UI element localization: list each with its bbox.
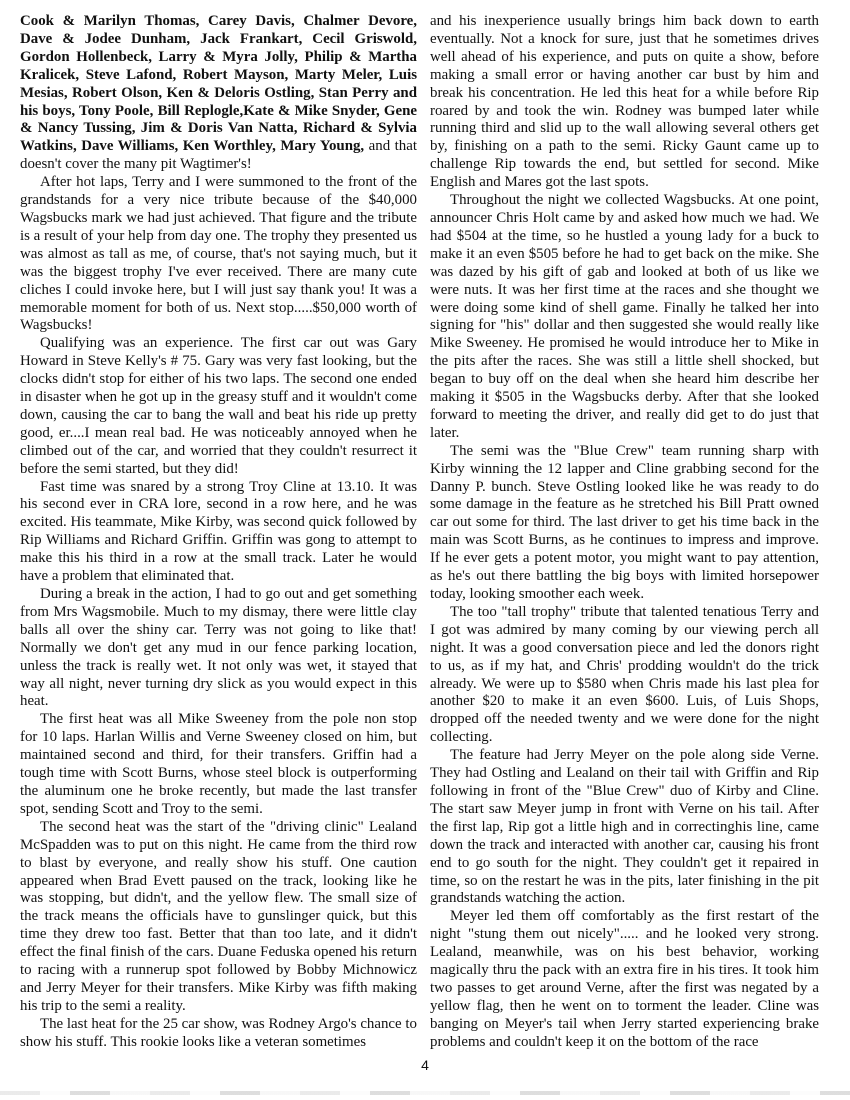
paragraph-first-heat: The first heat was all Mike Sweeney from…: [20, 711, 417, 818]
paragraph-fast-time: Fast time was snared by a strong Troy Cl…: [20, 479, 417, 586]
paragraph-feature: The feature had Jerry Meyer on the pole …: [430, 747, 819, 908]
left-column: Cook & Marilyn Thomas, Carey Davis, Chal…: [20, 13, 417, 1052]
paragraph-tribute: After hot laps, Terry and I were summone…: [20, 174, 417, 335]
paragraph-break: During a break in the action, I had to g…: [20, 586, 417, 711]
paragraph-meyer: Meyer led them off comfortably as the fi…: [430, 908, 819, 1051]
paragraph-wagsbucks: Throughout the night we collected Wagsbu…: [430, 192, 819, 443]
right-column: and his inexperience usually brings him …: [430, 13, 819, 1052]
paragraph-second-heat: The second heat was the start of the "dr…: [20, 819, 417, 1016]
paragraph-last-heat-continued: and his inexperience usually brings him …: [430, 13, 819, 192]
donor-list-paragraph: Cook & Marilyn Thomas, Carey Davis, Chal…: [20, 13, 417, 174]
scan-edge-artifact: [0, 1091, 850, 1095]
paragraph-semi: The semi was the "Blue Crew" team runnin…: [430, 443, 819, 604]
paragraph-qualifying: Qualifying was an experience. The first …: [20, 335, 417, 478]
newsletter-page: Cook & Marilyn Thomas, Carey Davis, Chal…: [0, 0, 850, 1100]
paragraph-last-heat: The last heat for the 25 car show, was R…: [20, 1016, 417, 1052]
page-number: 4: [0, 1057, 850, 1073]
paragraph-tall-trophy: The too "tall trophy" tribute that talen…: [430, 604, 819, 747]
donor-names: Cook & Marilyn Thomas, Carey Davis, Chal…: [20, 13, 417, 154]
